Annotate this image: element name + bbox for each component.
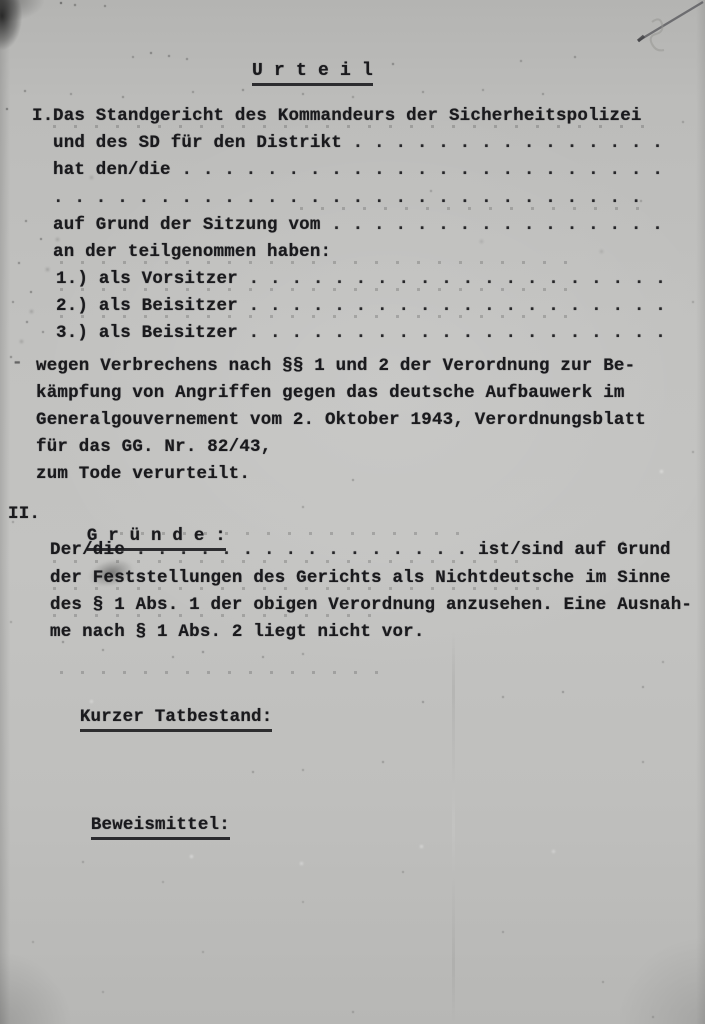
scanned-document-page: U r t e i l I. Das Standgericht des Komm… bbox=[0, 0, 705, 1024]
gruende-line-1: Der/die . . . . . . . . . . . . . . . . … bbox=[50, 539, 671, 561]
line-standgericht: Das Standgericht des Kommandeurs der Sic… bbox=[53, 105, 642, 127]
subheading-tatbestand: Kurzer Tatbestand: bbox=[37, 684, 272, 750]
line-sitzung-vom: auf Grund der Sitzung vom . . . . . . . … bbox=[53, 214, 663, 236]
line-hat-den-die: hat den/die . . . . . . . . . . . . . . … bbox=[53, 159, 663, 181]
section-2-numeral: II. bbox=[8, 503, 40, 525]
dotted-fill-line: . . . . . . . . . . . . . . . . bbox=[331, 215, 663, 235]
judge-role: als Beisitzer bbox=[99, 296, 238, 316]
verdict-line-2: kämpfung von Angriffen gegen das deutsch… bbox=[36, 382, 625, 404]
judge-row-3: 3.) als Beisitzer . . . . . . . . . . . … bbox=[56, 322, 666, 344]
page-title: U r t e i l bbox=[208, 38, 373, 104]
verdict-line-3: Generalgouvernement vom 2. Oktober 1943,… bbox=[36, 409, 646, 431]
dotted-fill-line: . . . . . . . . . . . . . . . . . . . . bbox=[249, 296, 666, 316]
judge-number: 1.) bbox=[56, 269, 88, 289]
line-teilgenommen: an der teilgenommen haben: bbox=[53, 241, 331, 263]
line-blank-dots: . . . . . . . . . . . . . . . . . . . . … bbox=[53, 187, 642, 209]
dotted-fill-line: . . . . . . . . . . . . . . . . . . . . bbox=[249, 323, 666, 343]
judge-number: 2.) bbox=[56, 296, 88, 316]
margin-dash-mark: - bbox=[12, 352, 23, 374]
paper-crease bbox=[452, 630, 455, 1024]
dotted-fill-line: . . . . . . . . . . . . . . . . . . . . … bbox=[53, 188, 642, 208]
ghost-dot-row bbox=[60, 671, 390, 674]
gruende-line-3: des § 1 Abs. 1 der obigen Verordnung anz… bbox=[50, 594, 692, 616]
judge-row-1: 1.) als Vorsitzer . . . . . . . . . . . … bbox=[56, 268, 666, 290]
paper-speckles-light bbox=[0, 0, 3, 3]
gruende-line-2: der Feststellungen des Gerichts als Nich… bbox=[50, 567, 671, 589]
pencil-stroke-mark bbox=[580, 0, 705, 80]
line-distrikt: und des SD für den Distrikt . . . . . . … bbox=[53, 132, 663, 154]
dotted-fill-line: . . . . . . . . . . . . . . . . . . . . … bbox=[181, 160, 663, 180]
verdict-line-1: wegen Verbrechens nach §§ 1 und 2 der Ve… bbox=[36, 355, 635, 377]
verdict-line-4: für das GG. Nr. 82/43, bbox=[36, 436, 271, 458]
gruende-line-4: me nach § 1 Abs. 2 liegt nicht vor. bbox=[50, 621, 425, 643]
verdict-line-5: zum Tode verurteilt. bbox=[36, 463, 250, 485]
subheading-beweismittel: Beweismittel: bbox=[48, 792, 230, 858]
dotted-fill-line: . . . . . . . . . . . . . . . . . . . . bbox=[249, 269, 666, 289]
dotted-fill-line: . . . . . . . . . . . . . . . bbox=[353, 133, 663, 153]
judge-number: 3.) bbox=[56, 323, 88, 343]
section-1-numeral: I. bbox=[32, 105, 53, 127]
judge-role: als Vorsitzer bbox=[99, 269, 238, 289]
judge-role: als Beisitzer bbox=[99, 323, 238, 343]
page-title-text: U r t e i l bbox=[252, 61, 373, 86]
dotted-fill-line: . . . . . . . . . . . . . . . . bbox=[136, 540, 468, 560]
judge-row-2: 2.) als Beisitzer . . . . . . . . . . . … bbox=[56, 295, 666, 317]
